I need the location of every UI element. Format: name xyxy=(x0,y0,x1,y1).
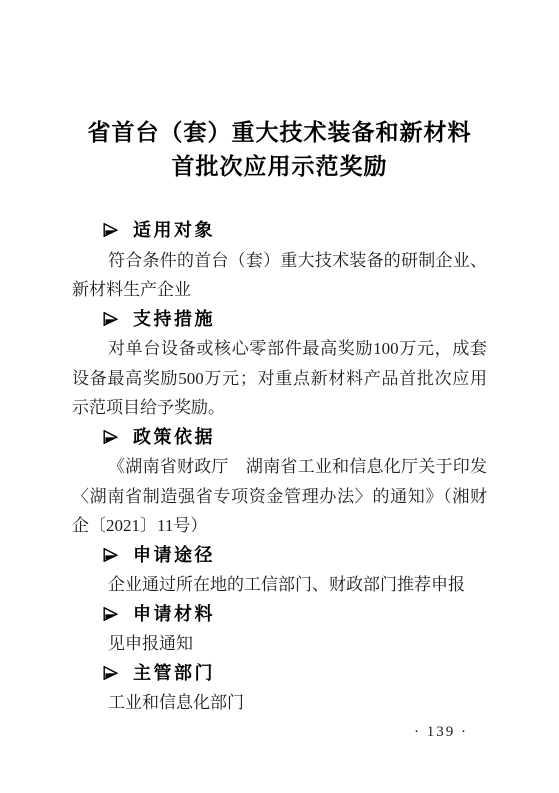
section-header-support-measures: 支持措施 xyxy=(72,305,487,335)
section-header-application-materials: 申请材料 xyxy=(72,600,487,630)
page-title-line-1: 省首台（套）重大技术装备和新材料 xyxy=(60,116,499,150)
arrowhead-bullet-icon xyxy=(103,601,118,615)
section-body-applicable-targets: 符合条件的首台（套）重大技术装备的研制企业、新材料生产企业 xyxy=(72,246,487,305)
section-header-label: 申请材料 xyxy=(133,604,215,624)
section-header-label: 主管部门 xyxy=(133,663,215,683)
section-header-policy-basis: 政策依据 xyxy=(72,423,487,453)
page-number: · 139 · xyxy=(414,724,468,741)
arrowhead-bullet-icon xyxy=(103,660,118,674)
section-body-support-measures: 对单台设备或核心零部件最高奖励100万元，成套设备最高奖励500万元；对重点新材… xyxy=(72,334,487,423)
section-header-label: 适用对象 xyxy=(133,220,215,240)
section-header-label: 申请途径 xyxy=(133,545,215,565)
section-header-label: 政策依据 xyxy=(133,427,215,447)
section-body-application-materials: 见申报通知 xyxy=(72,629,487,659)
page-title-line-2: 首批次应用示范奖励 xyxy=(60,150,499,184)
arrowhead-bullet-icon xyxy=(103,306,118,320)
arrowhead-bullet-icon xyxy=(103,217,118,231)
section-header-applicable-targets: 适用对象 xyxy=(72,216,487,246)
section-body-competent-department: 工业和信息化部门 xyxy=(72,688,487,718)
document-body: 适用对象 符合条件的首台（套）重大技术装备的研制企业、新材料生产企业 支持措施 … xyxy=(72,216,487,718)
section-header-application-channel: 申请途径 xyxy=(72,541,487,571)
arrowhead-bullet-icon xyxy=(103,542,118,556)
page-title: 省首台（套）重大技术装备和新材料 首批次应用示范奖励 xyxy=(60,116,499,184)
section-body-application-channel: 企业通过所在地的工信部门、财政部门推荐申报 xyxy=(72,570,487,600)
section-header-competent-department: 主管部门 xyxy=(72,659,487,689)
section-header-label: 支持措施 xyxy=(133,309,215,329)
arrowhead-bullet-icon xyxy=(103,424,118,438)
section-body-policy-basis: 《湖南省财政厅 湖南省工业和信息化厅关于印发〈湖南省制造强省专项资金管理办法〉的… xyxy=(72,452,487,541)
document-page: 省首台（套）重大技术装备和新材料 首批次应用示范奖励 适用对象 符合条件的首台（… xyxy=(0,0,559,793)
